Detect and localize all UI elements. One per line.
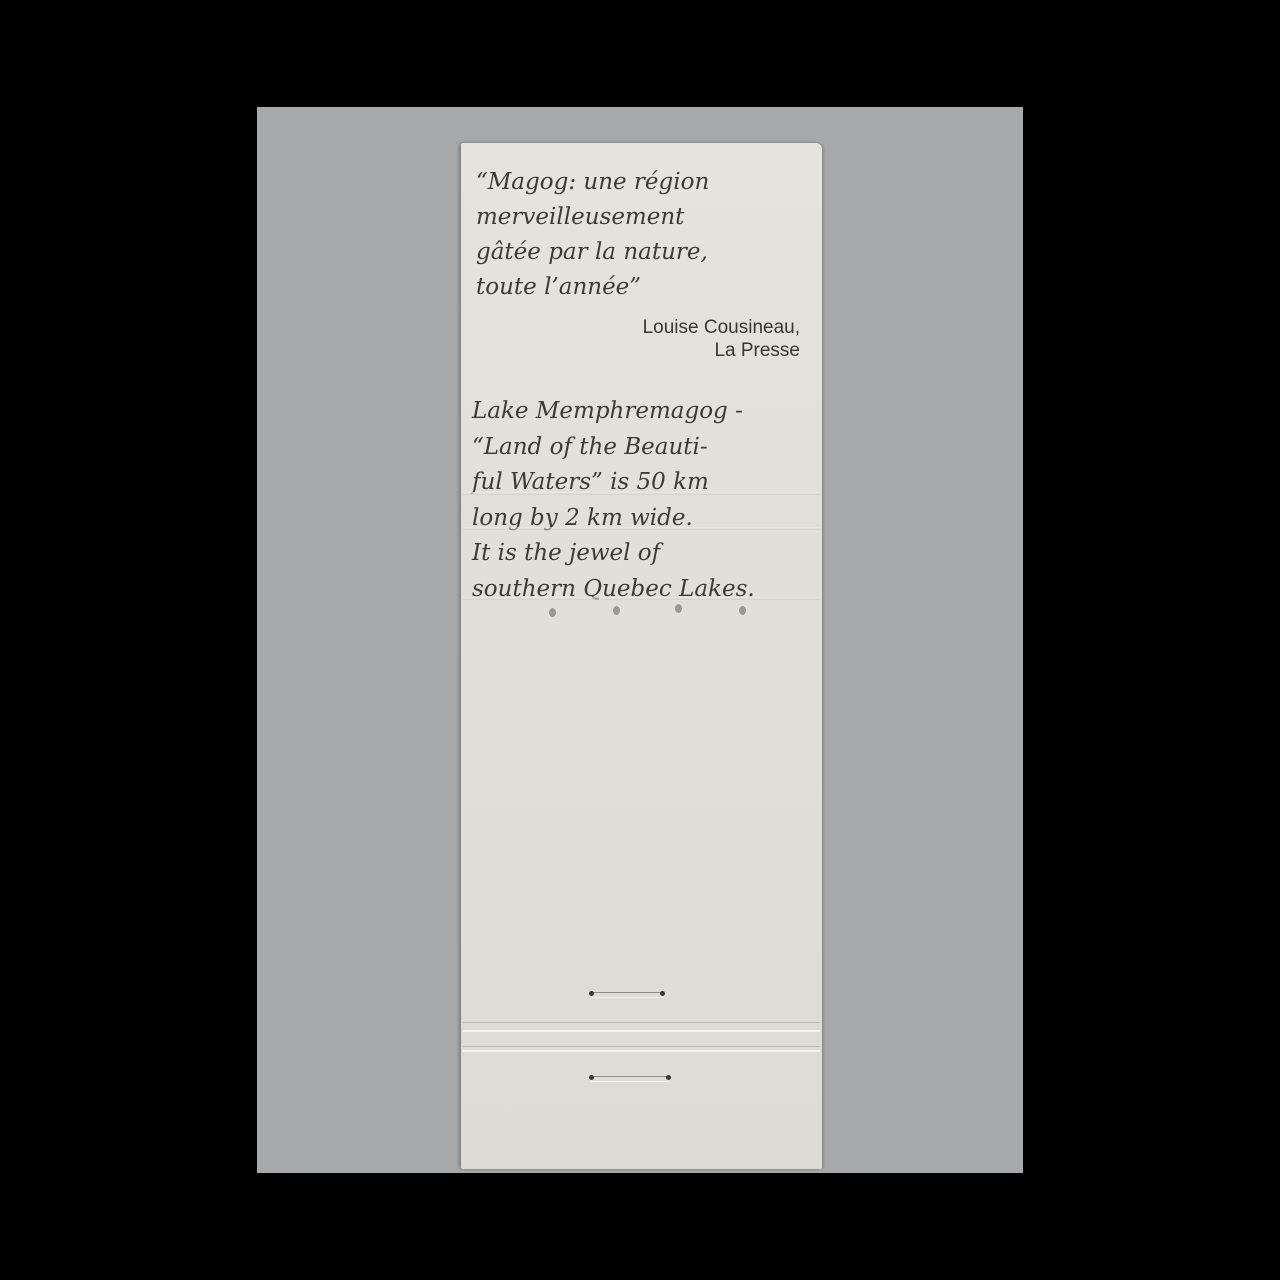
lake-line: long by 2 km wide. (472, 501, 802, 537)
fold-shadow (463, 1022, 820, 1023)
lake-line: “Land of the Beauti- (472, 430, 802, 466)
lake-line: It is the jewel of (472, 536, 802, 572)
lake-description: Lake Memphremagog - “Land of the Beauti-… (472, 394, 802, 607)
quote-line: merveilleusement (476, 200, 776, 235)
smudge (675, 604, 682, 613)
staple-top (591, 992, 663, 998)
lake-line: southern Quebec Lakes. (472, 572, 802, 608)
fold-line (463, 1050, 820, 1052)
lake-line: Lake Memphremagog - (472, 394, 802, 430)
staple-bottom (591, 1076, 669, 1082)
quote-line: toute l’année” (476, 270, 776, 305)
attribution-source: La Presse (560, 339, 800, 362)
smudge (613, 606, 620, 615)
quote-line: gâtée par la nature, (476, 235, 776, 270)
fold-shadow (463, 1046, 820, 1047)
smudge (739, 606, 746, 615)
crease (463, 492, 820, 495)
fold-line (463, 1030, 820, 1032)
attribution-author: Louise Cousineau, (560, 316, 800, 339)
crease (463, 597, 820, 600)
lake-line: ful Waters” is 50 km (472, 465, 802, 501)
french-quote: “Magog: une région merveilleusement gâté… (476, 165, 776, 305)
quote-attribution: Louise Cousineau, La Presse (560, 316, 800, 362)
smudge (549, 608, 556, 617)
quote-line: “Magog: une région (476, 165, 776, 200)
crease (463, 527, 820, 530)
